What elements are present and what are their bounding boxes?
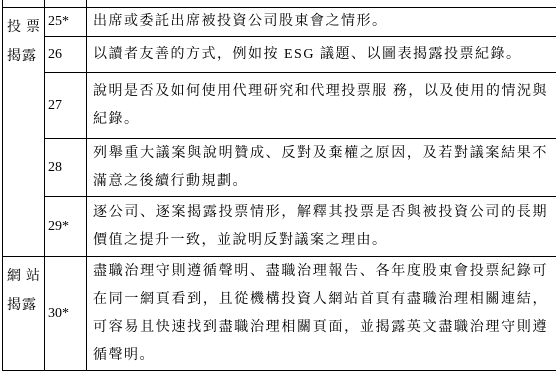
- table-row: 29* 逐公司、逐案揭露投票情形，解釋其投票是否與被投資公司的長期價值之提升一致…: [3, 197, 556, 257]
- item-text: 逐公司、逐案揭露投票情形，解釋其投票是否與被投資公司的長期價值之提升一致，並說明…: [87, 197, 556, 257]
- item-text: 列舉重大議案與說明贊成、反對及棄權之原因，及若對議案結果不滿意之後續行動規劃。: [87, 139, 556, 197]
- partial-cell: [87, 0, 556, 8]
- table-row: 26 以讀者友善的方式，例如按 ESG 議題、以圖表揭露投票紀錄。: [3, 37, 556, 73]
- item-text: 盡職治理守則遵循聲明、盡職治理報告、各年度股東會投票紀錄可在同一網頁看到，且從機…: [87, 257, 556, 371]
- table-row: 28 列舉重大議案與說明贊成、反對及棄權之原因，及若對議案結果不滿意之後續行動規…: [3, 139, 556, 197]
- category-label-line: 揭露: [7, 291, 40, 320]
- table-row: 投票 揭露 25* 出席或委託出席被投資公司股東會之情形。: [3, 8, 556, 37]
- table-row: 網站 揭露 30* 盡職治理守則遵循聲明、盡職治理報告、各年度股東會投票紀錄可在…: [3, 257, 556, 371]
- item-number: 26: [45, 37, 87, 73]
- item-text: 說明是否及如何使用代理研究和代理投票服 務，以及使用的情況與紀錄。: [87, 73, 556, 139]
- category-label-line: 投票: [7, 13, 40, 42]
- category-label-line: 網站: [7, 262, 40, 291]
- item-number: 28: [45, 139, 87, 197]
- category-cell-website-disclosure: 網站 揭露: [3, 257, 45, 371]
- partial-row-top: [3, 0, 556, 8]
- partial-cell: [3, 0, 45, 8]
- category-label-line: 揭露: [7, 42, 40, 71]
- table-row: 27 說明是否及如何使用代理研究和代理投票服 務，以及使用的情況與紀錄。: [3, 73, 556, 139]
- item-number: 30*: [45, 257, 87, 371]
- item-number: 29*: [45, 197, 87, 257]
- item-text: 出席或委託出席被投資公司股東會之情形。: [87, 8, 556, 37]
- category-cell-voting-disclosure: 投票 揭露: [3, 8, 45, 257]
- item-text: 以讀者友善的方式，例如按 ESG 議題、以圖表揭露投票紀錄。: [87, 37, 556, 73]
- item-number: 25*: [45, 8, 87, 37]
- item-number: 27: [45, 73, 87, 139]
- partial-cell: [45, 0, 87, 8]
- disclosure-criteria-table: 投票 揭露 25* 出席或委託出席被投資公司股東會之情形。 26 以讀者友善的方…: [2, 0, 556, 371]
- document-page: 投票 揭露 25* 出席或委託出席被投資公司股東會之情形。 26 以讀者友善的方…: [0, 0, 556, 372]
